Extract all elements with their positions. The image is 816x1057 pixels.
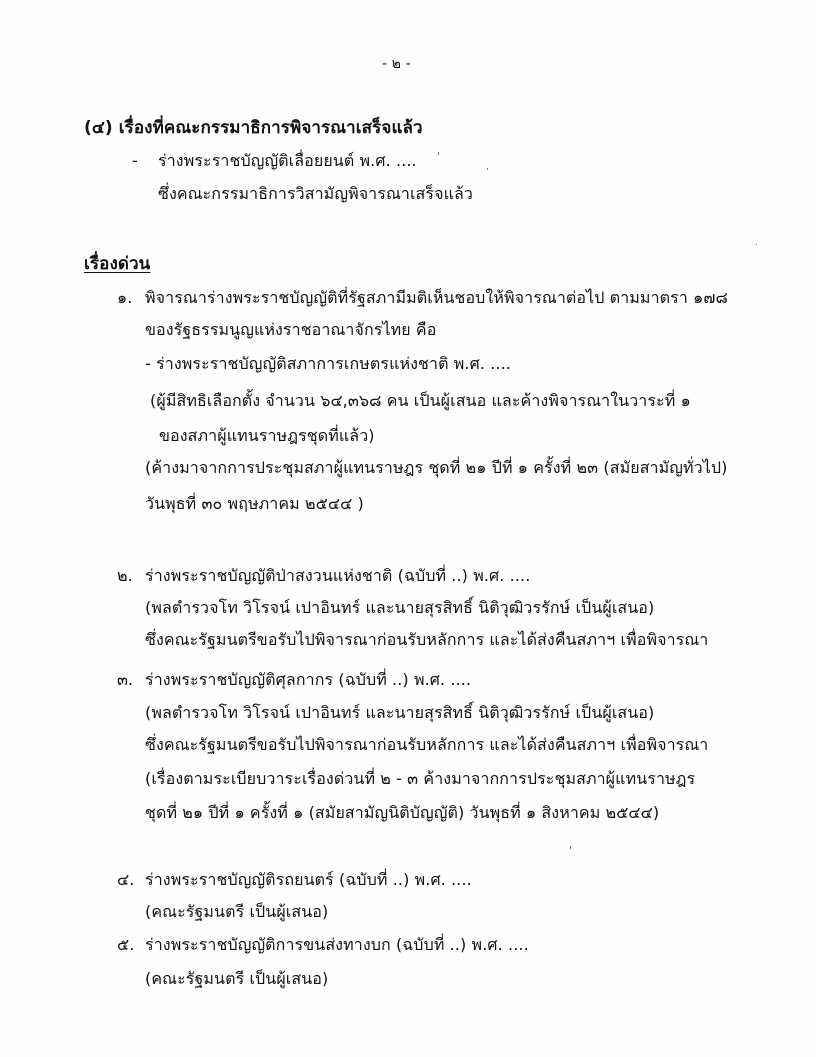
item-line: ร่างพระราชบัญญัติศุลกากร (ฉบับที่ ..) พ.… xyxy=(145,670,471,690)
item-line: (พลตำรวจโท วิโรจน์ เปาอินทร์ และนายสุรสิ… xyxy=(145,598,654,618)
item-number: ๔. xyxy=(117,870,134,890)
item-line: (คณะรัฐมนตรี เป็นผู้เสนอ) xyxy=(145,902,328,922)
section-4-item-note: ซึ่งคณะกรรมาธิการวิสามัญพิจารณาเสร็จแล้ว xyxy=(158,184,473,204)
item-number: ๕. xyxy=(117,935,134,955)
document-page: - ๒ - (๔) เรื่องที่คณะกรรมาธิการพิจารณาเ… xyxy=(0,0,816,1057)
item-line: (คณะรัฐมนตรี เป็นผู้เสนอ) xyxy=(145,969,328,989)
item-line: - ร่างพระราชบัญญัติสภาการเกษตรแห่งชาติ พ… xyxy=(145,354,511,374)
section-4-item-title: ร่างพระราชบัญญัติเลื่อยยนต์ พ.ศ. .... xyxy=(158,151,417,171)
item-line: ซึ่งคณะรัฐมนตรีขอรับไปพิจารณาก่อนรับหลัก… xyxy=(145,735,708,755)
page-number: - ๒ - xyxy=(382,54,411,74)
scan-speck xyxy=(570,846,571,849)
section-4-bullet: - xyxy=(132,151,138,171)
section-4-heading: (๔) เรื่องที่คณะกรรมาธิการพิจารณาเสร็จแล… xyxy=(84,118,423,138)
item-number: ๑. xyxy=(117,288,132,308)
item-line: ซึ่งคณะรัฐมนตรีขอรับไปพิจารณาก่อนรับหลัก… xyxy=(145,630,708,650)
item-line: (ผู้มีสิทธิเลือกตั้ง จำนวน ๖๔,๓๖๘ คน เป็… xyxy=(150,391,691,411)
item-line: วันพุธที่ ๓๐ พฤษภาคม ๒๕๔๔ ) xyxy=(145,494,364,514)
item-line: (ค้างมาจากการประชุมสภาผู้แทนราษฎร ชุดที่… xyxy=(145,458,728,478)
urgent-heading: เรื่องด่วน xyxy=(84,254,150,274)
item-number: ๒. xyxy=(117,566,133,586)
item-line: ชุดที่ ๒๑ ปีที่ ๑ ครั้งที่ ๑ (สมัยสามัญน… xyxy=(145,803,659,823)
item-line: ร่างพระราชบัญญัติรถยนตร์ (ฉบับที่ ..) พ.… xyxy=(145,870,472,890)
item-line: (พลตำรวจโท วิโรจน์ เปาอินทร์ และนายสุรสิ… xyxy=(145,703,654,723)
scan-speck xyxy=(438,152,439,155)
item-line: พิจารณาร่างพระราชบัญญัติที่รัฐสภามีมติเห… xyxy=(145,288,728,308)
item-line: ร่างพระราชบัญญัติป่าสงวนแห่งชาติ (ฉบับที… xyxy=(145,566,530,586)
item-line: ของสภาผู้แทนราษฎรชุดที่แล้ว) xyxy=(159,426,375,446)
item-line: (เรื่องตามระเบียบวาระเรื่องด่วนที่ ๒ - ๓… xyxy=(145,769,695,789)
item-number: ๓. xyxy=(117,670,133,690)
scan-speck xyxy=(756,244,757,245)
item-line: ของรัฐธรรมนูญแห่งราชอาณาจักรไทย คือ xyxy=(145,320,436,340)
item-line: ร่างพระราชบัญญัติการขนส่งทางบก (ฉบับที่ … xyxy=(145,935,529,955)
scan-speck xyxy=(487,168,488,170)
